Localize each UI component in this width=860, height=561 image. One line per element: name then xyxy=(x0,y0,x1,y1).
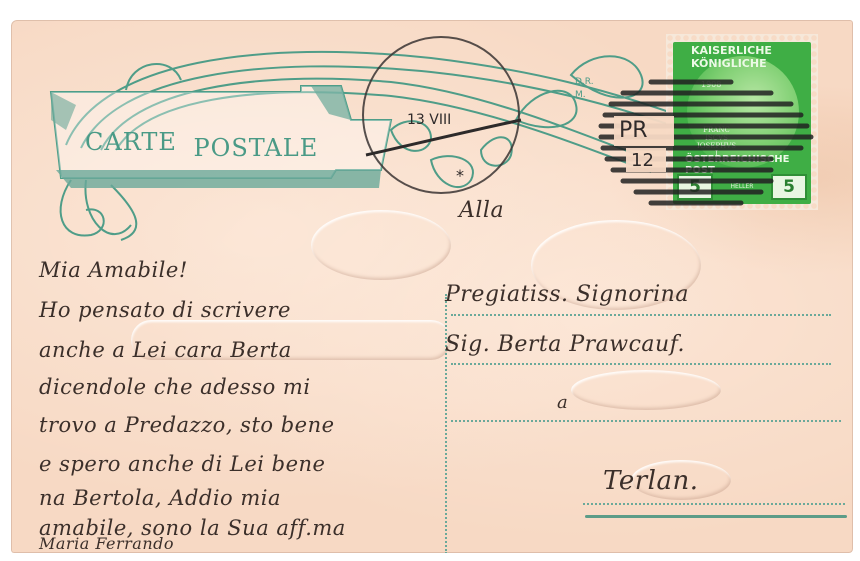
address-line xyxy=(451,363,831,365)
stamp-value-right: 5 xyxy=(771,174,807,200)
postmark-date: 13 VIII xyxy=(407,112,451,128)
message-signature: Maria Ferrando xyxy=(39,534,174,553)
stamp-face: KAISERLICHE KÖNIGLICHE ÖSTERREICHISCHE P… xyxy=(673,42,811,204)
postcard: CARTE POSTALE D.R. M. 13 VIII * KAISERLI… xyxy=(11,20,853,553)
postmark-star: * xyxy=(456,166,464,185)
address-city: Terlan. xyxy=(603,466,698,496)
caption-line: I xyxy=(697,150,736,158)
caption-line: IOSEPHVS xyxy=(697,142,736,150)
address-line xyxy=(451,314,831,316)
stamp-currency: HELLER xyxy=(717,180,767,194)
address-line-3: a xyxy=(557,392,568,413)
cancel-date: 12 xyxy=(631,150,654,171)
address-line xyxy=(451,420,841,422)
message-line: anche a Lei cara Berta xyxy=(39,338,292,362)
stamp-year: 1908 xyxy=(701,80,721,89)
address-line xyxy=(583,503,845,505)
address-line-2: Sig. Berta Prawcauf. xyxy=(445,332,685,357)
cancel-town: PR xyxy=(619,118,648,143)
postage-stamp: KAISERLICHE KÖNIGLICHE ÖSTERREICHISCHE P… xyxy=(666,34,818,210)
message-line: Mia Amabile! xyxy=(39,258,188,282)
address-line-1: Pregiatiss. Signorina xyxy=(445,282,689,307)
caption-line: ISCVS xyxy=(697,134,736,142)
stamp-inscription-top: KAISERLICHE KÖNIGLICHE xyxy=(691,44,811,70)
message-line: Ho pensato di scrivere xyxy=(39,298,291,322)
message-line: dicendole che adesso mi xyxy=(39,375,311,399)
message-line: e spero anche di Lei bene xyxy=(39,452,325,476)
stamp-portrait-caption: FRANC ISCVS IOSEPHVS I xyxy=(697,126,736,158)
address-prefix: Alla xyxy=(459,198,504,223)
message-line: trovo a Predazzo, sto bene xyxy=(39,413,335,437)
message-line: na Bertola, Addio mia xyxy=(39,486,281,510)
caption-line: FRANC xyxy=(697,126,736,134)
stamp-value-left: 5 xyxy=(677,174,713,200)
address-underline xyxy=(585,515,847,518)
